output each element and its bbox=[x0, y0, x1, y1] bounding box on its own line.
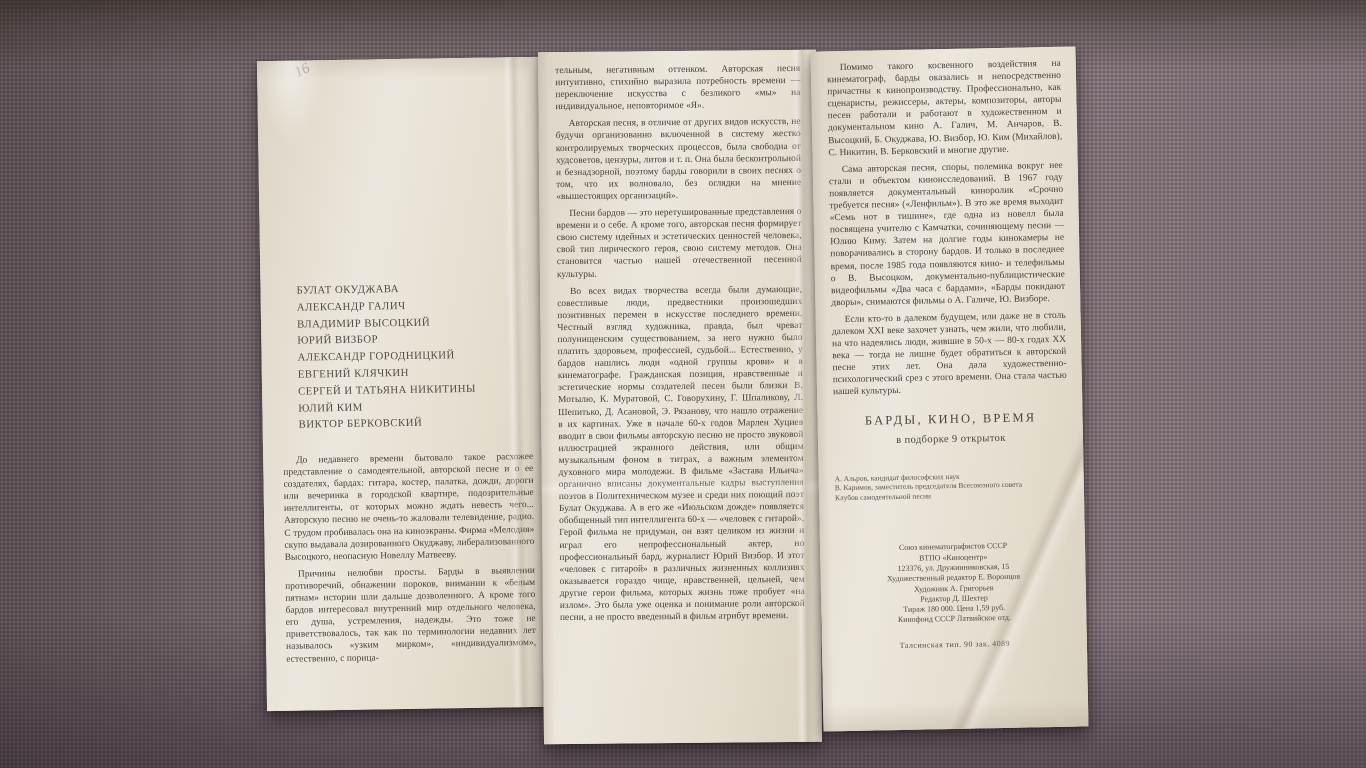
imprint-block: Союз кинематографистов СССР ВТПО «Киноце… bbox=[836, 540, 1072, 627]
credits-block: А. Альров, кандидат философских наук В. … bbox=[835, 469, 1070, 502]
booklet-right-panel: Помимо такого косвенного воздействия на … bbox=[810, 47, 1088, 732]
photo-of-booklet: 16 БУЛАТ ОКУДЖАВА АЛЕКСАНДР ГАЛИЧ ВЛАДИМ… bbox=[0, 0, 1366, 768]
paragraph: Песни бардов — это неретушированные пред… bbox=[556, 206, 802, 281]
booklet-left-panel: 16 БУЛАТ ОКУДЖАВА АЛЕКСАНДР ГАЛИЧ ВЛАДИМ… bbox=[257, 57, 549, 711]
paragraph: тельным, негативным оттенком. Авторская … bbox=[555, 63, 800, 114]
printer-line: Талсинская тип. 90 зак. 4089 bbox=[838, 637, 1072, 650]
paragraph: Если кто-то в далеком будущем, или даже … bbox=[832, 310, 1068, 399]
paragraph: Помимо такого косвенного воздействия на … bbox=[827, 58, 1063, 159]
right-panel-paragraphs: Помимо такого косвенного воздействия на … bbox=[827, 58, 1067, 399]
credit-line: В. Каримов, заместитель председателя Все… bbox=[835, 480, 1035, 503]
paragraph: Сама авторская песня, споры, полемика во… bbox=[829, 160, 1066, 310]
booklet-subtitle: в подборке 9 открыток bbox=[834, 431, 1068, 446]
paragraph: Авторская песня, в отличие от других вид… bbox=[556, 116, 802, 203]
middle-panel-text: тельным, негативным оттенком. Авторская … bbox=[538, 50, 822, 744]
paragraph: До недавнего времени бытовало такое расх… bbox=[283, 451, 535, 564]
pencil-mark: 16 bbox=[292, 60, 313, 82]
paragraph: Причины нелюбви просты. Барды в выявлени… bbox=[285, 565, 536, 666]
title-block: БАРДЫ, КИНО, ВРЕМЯ в подборке 9 открыток bbox=[833, 409, 1068, 446]
booklet-title: БАРДЫ, КИНО, ВРЕМЯ bbox=[833, 409, 1067, 428]
right-panel-text: Помимо такого косвенного воздействия на … bbox=[810, 47, 1088, 732]
paragraph: Во всех видах творчества всегда были дум… bbox=[557, 284, 805, 625]
left-panel-text: До недавнего времени бытовало такое расх… bbox=[283, 451, 536, 670]
author-names-list: БУЛАТ ОКУДЖАВА АЛЕКСАНДР ГАЛИЧ ВЛАДИМИР … bbox=[296, 279, 536, 434]
author-name: ВИКТОР БЕРКОВСКИЙ bbox=[299, 413, 537, 434]
booklet-middle-panel: тельным, негативным оттенком. Авторская … bbox=[538, 50, 822, 744]
